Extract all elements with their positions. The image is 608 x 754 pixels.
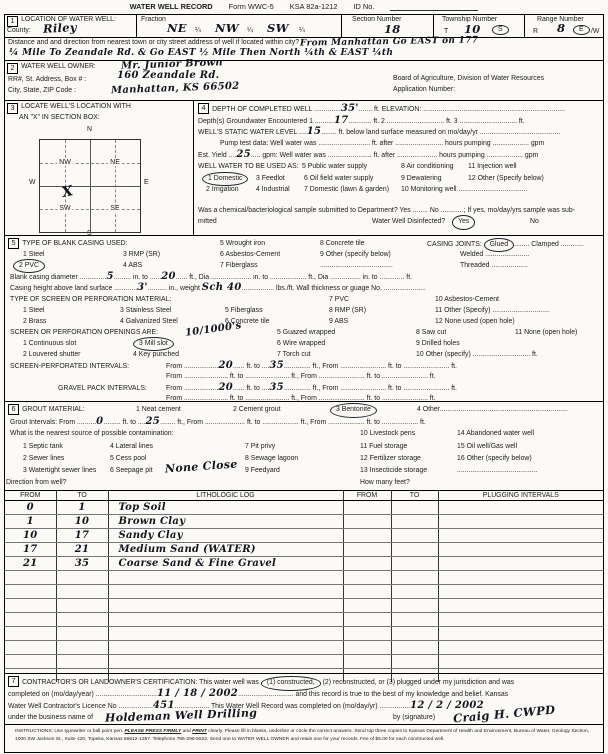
- table-row-empty: [5, 627, 603, 641]
- id-blank-line: [390, 2, 478, 11]
- casing-joint-threaded: Threaded ...................: [460, 260, 528, 271]
- distance-value-line1: From Manhattan Go EAST on 177: [300, 35, 478, 48]
- completed-on-after: ............................. and this r…: [238, 691, 508, 698]
- section-number-cell: Section Number 18: [341, 15, 433, 37]
- casing-option-4: 4 ABS: [123, 260, 142, 271]
- use-option-9: 9 Dewatering: [401, 173, 442, 185]
- casing-weight-value: Sch 40: [202, 282, 242, 293]
- screen-material-1: 1 Steel: [23, 305, 44, 316]
- table-row: 2135Coarse Sand & Fine Gravel: [5, 557, 603, 571]
- table-row-empty: [5, 655, 603, 669]
- use-option-12: 12 Other (Specify below): [468, 173, 544, 185]
- center-line-horizontal: [40, 186, 140, 187]
- gpi-from-dots: From ..................: [166, 385, 218, 392]
- spi-mid-dots: ...... ft. to ....: [233, 363, 269, 370]
- board-of-agriculture-label: Board of Agriculture, Division of Water …: [393, 75, 544, 82]
- screen-material-9: 9 ABS: [329, 316, 348, 327]
- table-row: 110Brown Clay: [5, 515, 603, 529]
- est-yield-label: Est. Yield ....: [198, 152, 236, 159]
- contamination-none-close-value: None Close: [165, 458, 238, 475]
- screen-material-title: TYPE OF SCREEN OR PERFORATION MATERIAL:: [10, 294, 171, 305]
- contamination-option-5: 5 Cess pool: [110, 453, 146, 465]
- casing-option-2-circled: 2 PVC: [13, 259, 45, 273]
- licence-label: Water Well Contractor's Licence No .....…: [8, 703, 153, 710]
- township-s-circled: S: [492, 25, 509, 35]
- section5-number: 5: [8, 238, 19, 249]
- disinfected-yes-circled: Yes: [452, 215, 475, 230]
- lithologic-log-table: FROM TO LITHOLOGIC LOG FROM TO PLUGGING …: [5, 491, 603, 682]
- est-yield-after: ..... gpm: Well water was ..............…: [251, 152, 538, 159]
- openings-option-5: 5 Guazed wrapped: [277, 327, 335, 338]
- completed-on-label: completed on (mo/day/year) .............…: [8, 691, 157, 698]
- screen-perforated-intervals-label: SCREEN-PERFORATED INTERVALS:: [10, 361, 166, 371]
- table-row: 1017Sandy Clay: [5, 529, 603, 543]
- contamination-option-15: 15 Oil well/Gas well: [457, 441, 517, 453]
- blank-casing-title: TYPE OF BLANK CASING USED:: [22, 240, 127, 247]
- grout-interval-to-value: 25: [146, 416, 161, 427]
- city-label: City, State, ZIP Code :: [8, 87, 76, 94]
- contamination-option-13: 13 Insecticide storage: [360, 465, 427, 477]
- litho-from: 0: [5, 501, 56, 515]
- screen-material-8: 8 RMP (SR): [329, 305, 366, 316]
- use-option-4: 4 Industrial: [256, 184, 290, 196]
- business-name-label: under the business name of: [8, 712, 93, 724]
- casing-option-9: 9 Other (specify below): [320, 249, 391, 260]
- table-row-empty: [5, 599, 603, 613]
- form-ksa: KSA 82a-1212: [290, 2, 338, 11]
- instructions-block: INSTRUCTIONS: Use typewriter or ball poi…: [5, 725, 603, 752]
- section-number-value: 18: [384, 22, 401, 36]
- depth-completed-value: 35': [341, 103, 359, 114]
- fraction-nw: NW: [215, 21, 239, 35]
- pump-test-line: Pump test data: Well water was .........…: [220, 138, 544, 150]
- section1-location: 1LOCATION OF WATER WELL: County: Riley F…: [5, 15, 603, 38]
- litho-from: 21: [5, 557, 56, 571]
- section6-grout: 6GROUT MATERIAL: 1 Neat cement 2 Cement …: [5, 402, 603, 491]
- application-number-label: Application Number:: [393, 86, 455, 93]
- contamination-option-7: 7 Pit privy: [245, 441, 275, 453]
- grout-interval-mid: ......... ft. to ....: [103, 419, 145, 426]
- gravel-pack-intervals-label: GRAVEL PACK INTERVALS:: [10, 383, 166, 393]
- contamination-option-11: 11 Fuel storage: [360, 441, 407, 453]
- county-label: County:: [7, 27, 31, 34]
- quadrant-se-label: SE: [108, 205, 121, 212]
- use-option-11: 11 Injection well: [468, 161, 517, 173]
- casing-diameter-after: ...... ft., Dia ..................... in…: [176, 274, 412, 281]
- form-number: Form WWC-5: [229, 2, 274, 11]
- section3-locate-well: 3LOCATE WELL'S LOCATION WITH AN "X" IN S…: [5, 101, 194, 235]
- use-option-2: 2 Irrigation: [206, 184, 239, 196]
- contamination-option-1: 1 Septic tank: [23, 441, 63, 453]
- casing-joint-clamped: ........ Clamped ............: [514, 241, 584, 248]
- openings-option-1: 1 Continuous slot: [23, 338, 76, 349]
- township-t: T: [444, 28, 448, 35]
- county-cell: 1LOCATION OF WATER WELL: County: Riley: [5, 15, 136, 37]
- casing-option-6: 6 Asbestos-Cement: [220, 249, 280, 260]
- use-option-7: 7 Domestic (lawn & garden): [304, 184, 389, 196]
- contamination-other-dots: ........................................…: [457, 465, 537, 477]
- section3-title-line1: LOCATE WELL'S LOCATION WITH: [21, 103, 131, 110]
- openings-option-11: 11 None (open hole): [515, 327, 577, 338]
- table-row-empty: [5, 613, 603, 627]
- openings-option-10: 10 Other (specify) .....................…: [416, 349, 538, 360]
- compass-west-label: W: [29, 179, 36, 186]
- litho-from: 17: [5, 543, 56, 557]
- range-w: /W: [591, 28, 599, 35]
- sample-submitted-line: Was a chemical/bacteriological sample su…: [198, 205, 575, 217]
- litho-from: 10: [5, 529, 56, 543]
- openings-option-7: 7 Torch cut: [277, 349, 311, 360]
- gpi-mid-dots: ...... ft. to ....: [233, 385, 269, 392]
- instructions-print: PRINT: [192, 729, 207, 734]
- static-water-level-after: ........ ft. below land surface measured…: [321, 129, 560, 136]
- quadrant-sw-label: SW: [57, 205, 72, 212]
- instructions-a: INSTRUCTIONS: Use typewriter or ball poi…: [15, 729, 125, 734]
- openings-option-8: 8 Saw cut: [416, 327, 446, 338]
- table-row-empty: [5, 571, 603, 585]
- water-well-record-form: WATER WELL RECORD Form WWC-5 KSA 82a-121…: [0, 0, 608, 754]
- use-option-8: 8 Air conditioning: [401, 161, 453, 173]
- fraction-sw: SW: [267, 21, 289, 35]
- completed-date-value: 11 / 18 / 2002: [157, 688, 238, 699]
- gpi-tail-dots: .............. ft., From ...............…: [284, 385, 457, 392]
- static-water-level-value: 15: [307, 126, 322, 137]
- business-name-value: Holdeman Well Drilling: [105, 707, 257, 724]
- contamination-option-9: 9 Feedyard: [245, 465, 280, 477]
- table-row: 1721Medium Sand (WATER): [5, 543, 603, 557]
- fraction-ne: NE: [167, 21, 187, 35]
- spi-to-value: 35: [269, 360, 284, 371]
- contamination-option-6: 6 Seepage pit: [110, 465, 153, 477]
- header-lithologic-log: LITHOLOGIC LOG: [108, 491, 343, 501]
- sample-submitted-line2: mitted: [198, 216, 217, 228]
- casing-height-label: Casing height above land surface .......…: [10, 285, 137, 292]
- compass-east-label: E: [144, 179, 149, 186]
- use-option-10: 10 Monitoring well .....................…: [401, 184, 527, 196]
- grout-intervals-label: Grout Intervals: From ..........: [10, 419, 96, 426]
- spi-blank-line: From ....................... ft. to ....…: [166, 373, 436, 380]
- instructions-press-firmly: PLEASE PRESS FIRMLY: [125, 729, 182, 734]
- casing-diameter-label: Blank casing diameter ..............: [10, 274, 107, 281]
- section3-4-row: 3LOCATE WELL'S LOCATION WITH AN "X" IN S…: [5, 101, 603, 236]
- quadrant-ne-label: NE: [108, 159, 122, 166]
- range-value: 8: [557, 21, 565, 35]
- screen-material-4: 4 Galvanized Steel: [120, 316, 178, 327]
- screen-material-12: 12 None used (open hole): [435, 316, 515, 327]
- use-option-3: 3 Feedlot: [256, 173, 285, 185]
- casing-height-value: 3': [137, 282, 148, 293]
- header-from-2: FROM: [343, 491, 391, 501]
- gpi-from-value: 20: [218, 382, 233, 393]
- fraction-label: Fraction: [141, 16, 166, 23]
- grout-option-4: 4 Other.................................…: [417, 404, 568, 416]
- spacer: [194, 196, 603, 205]
- form-header: WATER WELL RECORD Form WWC-5 KSA 82a-121…: [0, 2, 608, 11]
- header-plugging-intervals: PLUGGING INTERVALS: [438, 491, 603, 501]
- table-header-row: FROM TO LITHOLOGIC LOG FROM TO PLUGGING …: [5, 491, 603, 501]
- township-value: 10: [464, 22, 481, 36]
- litho-desc: Top Soil: [108, 501, 343, 515]
- form-title: WATER WELL RECORD: [130, 2, 213, 11]
- screen-material-7: 7 PVC: [329, 294, 349, 305]
- gpi-to-value: 35: [269, 382, 284, 393]
- screen-material-2: 2 Brass: [23, 316, 46, 327]
- address-label: RR#, St. Address, Box # :: [8, 76, 86, 83]
- city-value: Manhattan, KS 66502: [111, 81, 240, 96]
- screen-material-10: 10 Asbestos-Cement: [435, 294, 499, 305]
- casing-option-7: 7 Fiberglass: [220, 260, 258, 271]
- instructions-c: and: [181, 729, 192, 734]
- screen-material-11: 11 Other (Specify) .....................…: [435, 305, 550, 316]
- use-option-6: 6 Oil field water supply: [304, 173, 373, 185]
- form-id-label: ID No.: [353, 2, 374, 11]
- distance-value-line2: ¼ Mile To Zeandale Rd. & Go EAST ½ Mile …: [9, 48, 393, 58]
- casing-joints-label: CASING JOINTS:: [427, 241, 482, 248]
- litho-to: 35: [56, 557, 108, 571]
- range-cell: Range Number R 8 E /W: [524, 15, 603, 37]
- section7-number: 7: [8, 676, 19, 687]
- county-value: Riley: [43, 20, 77, 36]
- distance-direction-block: Distance and and direction from nearest …: [5, 38, 603, 61]
- section3-number: 3: [7, 103, 18, 114]
- use-option-5: 5 Public water supply: [302, 161, 367, 173]
- casing-diameter-value: 5: [107, 271, 114, 282]
- address-value: 160 Zeandale Rd.: [117, 70, 219, 81]
- casing-height-mid: .......... in., weight: [148, 285, 202, 292]
- direction-from-well-label: Direction from well?: [6, 477, 67, 489]
- contamination-option-2: 2 Sewer lines: [23, 453, 64, 465]
- certification-title-cont: (2) reconstructed, or (3) plugged under …: [323, 679, 515, 686]
- range-r: R: [533, 28, 538, 35]
- quarter-3: ¼: [299, 27, 305, 34]
- section2-title: WATER WELL OWNER:: [21, 63, 96, 70]
- openings-option-6: 6 Wire wrapped: [277, 338, 325, 349]
- instructions-text: INSTRUCTIONS: Use typewriter or ball poi…: [5, 725, 603, 743]
- contamination-option-3: 3 Watertight sewer lines: [23, 465, 96, 477]
- table-row-empty: [5, 585, 603, 599]
- litho-desc: Sandy Clay: [108, 529, 343, 543]
- spi-tail-dots: .............. ft., From ...............…: [284, 363, 457, 370]
- casing-option-5: 5 Wrought iron: [220, 238, 265, 249]
- header-from-1: FROM: [5, 491, 56, 501]
- grout-interval-tail: ........ ft., From .....................…: [160, 419, 426, 426]
- openings-option-4: 4 Key punched: [133, 349, 179, 360]
- spi-from-value: 20: [218, 360, 233, 371]
- casing-other-dots: ......................................: [320, 260, 393, 271]
- contamination-option-14: 14 Abandoned water well: [457, 428, 534, 440]
- contamination-option-10: 10 Livestock pens: [360, 428, 415, 440]
- spi-from-dots: From ..................: [166, 363, 218, 370]
- screen-material-5: 5 Fiberglass: [225, 305, 263, 316]
- table-row: 01Top Soil: [5, 501, 603, 515]
- groundwater-encountered-label: Depth(s) Groundwater Encountered 1 .....…: [198, 118, 334, 125]
- quadrant-nw-label: NW: [57, 159, 73, 166]
- casing-height-after: ................. lbs./ft. Wall thicknes…: [242, 285, 426, 292]
- litho-desc: Brown Clay: [108, 515, 343, 529]
- contamination-source-label: What is the nearest source of possible c…: [10, 428, 174, 440]
- table-row-empty: [5, 641, 603, 655]
- lithologic-log-section: FROM TO LITHOLOGIC LOG FROM TO PLUGGING …: [5, 491, 603, 674]
- township-cell: Township Number T 10 S: [433, 15, 524, 37]
- static-water-level-label: WELL'S STATIC WATER LEVEL ....: [198, 129, 307, 136]
- groundwater-depth23-label: ............ ft. 2 .....................…: [349, 118, 525, 125]
- header-to-1: TO: [56, 491, 108, 501]
- litho-to: 10: [56, 515, 108, 529]
- disinfected-label: Water Well Disinfected?: [372, 216, 445, 228]
- form-frame: 1LOCATION OF WATER WELL: County: Riley F…: [4, 14, 604, 753]
- litho-to: 1: [56, 501, 108, 515]
- groundwater-depth1-value: 17: [334, 115, 349, 126]
- section4-well-data: 4DEPTH OF COMPLETED WELL ..............3…: [194, 101, 603, 235]
- grout-option-2: 2 Cement grout: [233, 404, 281, 416]
- depth-completed-label: DEPTH OF COMPLETED WELL ..............: [212, 106, 341, 113]
- section2-owner: 2WATER WELL OWNER: RR#, St. Address, Box…: [5, 61, 603, 101]
- casing-diameter-mid: ......... in. to ......: [114, 274, 161, 281]
- casing-diameter-to-value: 20: [161, 271, 176, 282]
- litho-to: 17: [56, 529, 108, 543]
- elevation-label: ....... ft. ELEVATION: .................…: [359, 106, 565, 113]
- section6-number: 6: [8, 404, 19, 415]
- litho-from: 1: [5, 515, 56, 529]
- casing-joint-welded: Welded .......................: [460, 249, 529, 260]
- grout-option-1: 1 Neat cement: [136, 404, 181, 416]
- casing-option-3: 3 RMP (SR): [123, 249, 160, 260]
- section5-casing: 5TYPE OF BLANK CASING USED: 5 Wrought ir…: [5, 236, 603, 402]
- compass-north-label: N: [87, 126, 92, 133]
- section1-number: 1: [7, 16, 18, 27]
- openings-option-2: 2 Louvered shutter: [23, 349, 80, 360]
- section7-certification: 7CONTRACTOR'S OR LANDOWNER'S CERTIFICATI…: [5, 674, 603, 725]
- section2-number: 2: [7, 63, 18, 74]
- litho-desc: Medium Sand (WATER): [108, 543, 343, 557]
- est-yield-value: 25: [236, 149, 251, 160]
- contamination-option-4: 4 Lateral lines: [110, 441, 153, 453]
- litho-to: 21: [56, 543, 108, 557]
- how-many-feet-label: How many feet?: [360, 477, 410, 489]
- openings-option-9: 9 Drilled holes: [416, 338, 460, 349]
- range-e-circled: E: [573, 25, 590, 35]
- grout-material-title: GROUT MATERIAL:: [22, 406, 85, 413]
- contamination-option-12: 12 Fertilizer storage: [360, 453, 421, 465]
- grout-option-3-circled: 3 Bentonite: [330, 403, 377, 418]
- litho-desc: Coarse Sand & Fine Gravel: [108, 557, 343, 571]
- quarter-1: ¼: [195, 27, 201, 34]
- casing-option-8: 8 Concrete tile: [320, 238, 364, 249]
- fraction-cell: Fraction NE ¼ NW ¼ SW ¼: [136, 15, 341, 37]
- section-box: NW NE SW SE X: [39, 139, 141, 233]
- header-to-2: TO: [391, 491, 438, 501]
- contamination-option-8: 8 Sewage lagoon: [245, 453, 298, 465]
- signature-label: by (signature): [393, 712, 435, 724]
- section3-title-line2: AN "X" IN SECTION BOX:: [19, 114, 100, 121]
- certification-title: CONTRACTOR'S OR LANDOWNER'S CERTIFICATIO…: [22, 679, 259, 686]
- quarter-2: ¼: [247, 27, 253, 34]
- section4-number: 4: [198, 103, 209, 114]
- contamination-option-16: 16 Other (specify below): [457, 453, 532, 465]
- distance-label: Distance and and direction from nearest …: [8, 39, 299, 46]
- screen-material-3: 3 Stainless Steel: [120, 305, 171, 316]
- disinfected-no: No: [530, 216, 539, 228]
